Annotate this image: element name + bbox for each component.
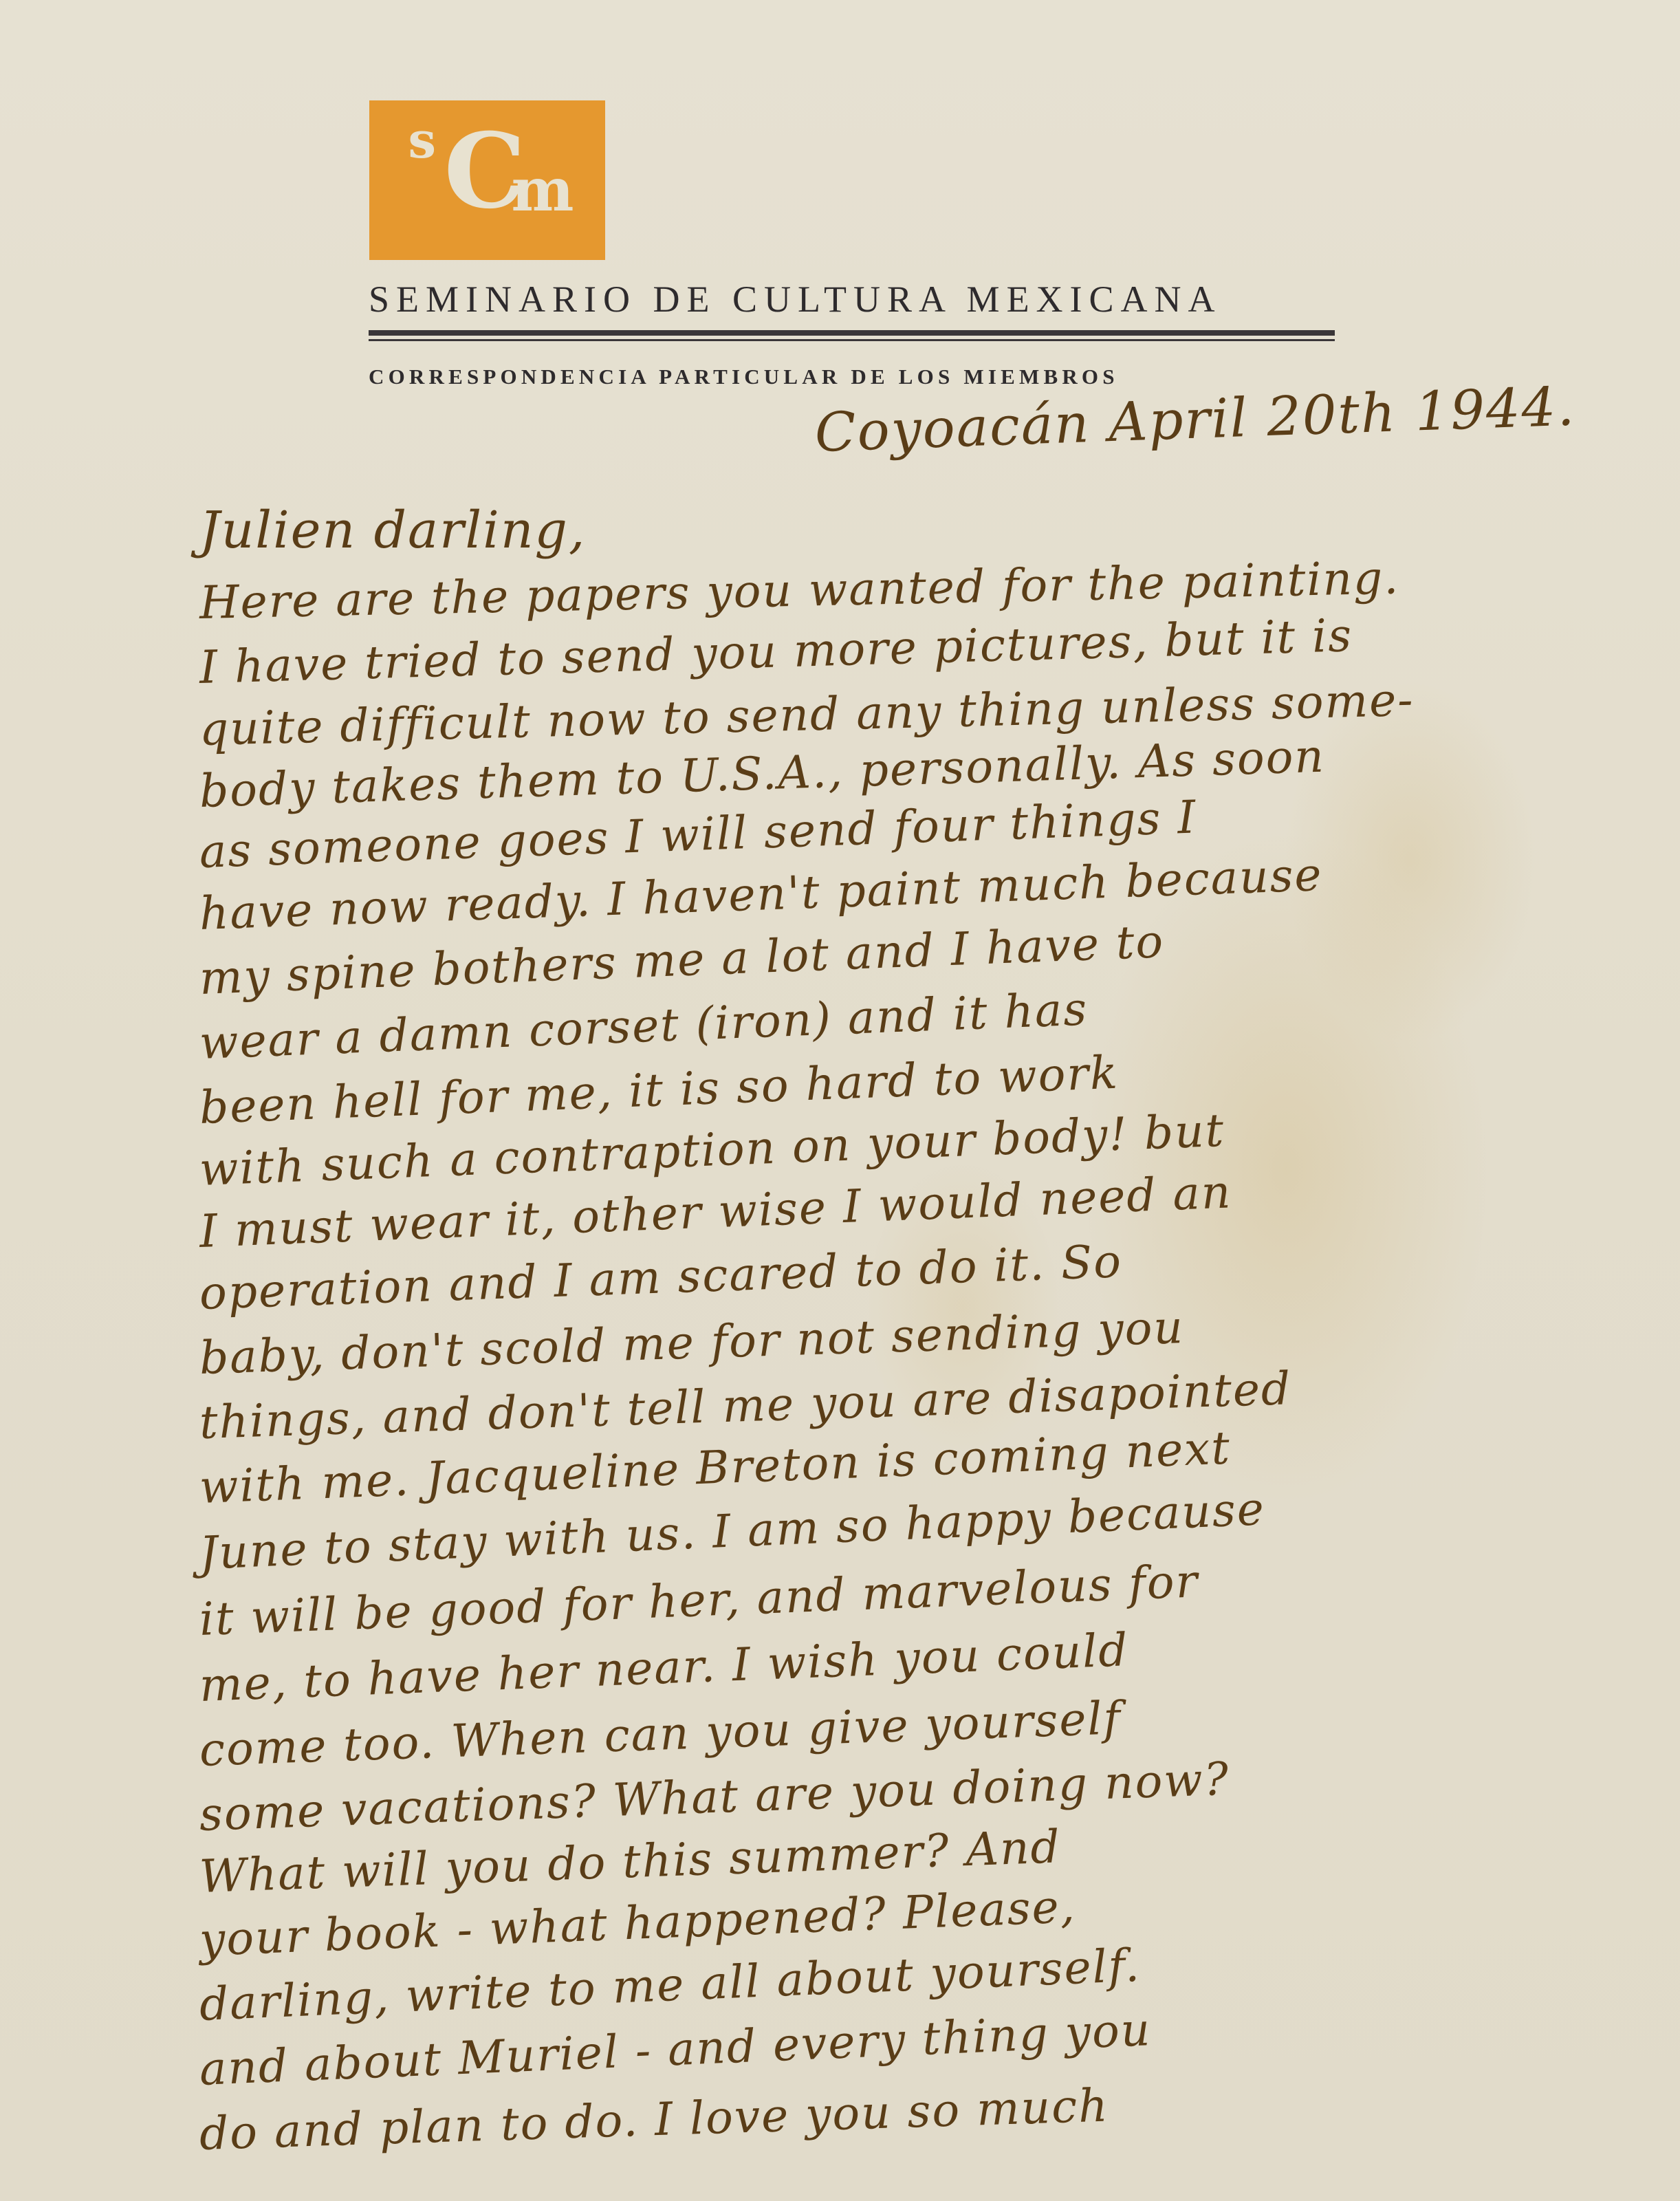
scm-logo: s C m	[369, 100, 605, 260]
logo-letter-m: m	[512, 161, 574, 220]
logo-letter-s: s	[408, 116, 437, 165]
logo-monogram: s C m	[408, 116, 567, 226]
letterhead-subtitle: CORRESPONDENCIA PARTICULAR DE LOS MIEMBR…	[369, 365, 1345, 389]
letterhead-rule-thick	[369, 330, 1335, 336]
organization-name: SEMINARIO DE CULTURA MEXICANA	[369, 278, 1335, 321]
letter-paper: s C m SEMINARIO DE CULTURA MEXICANA CORR…	[0, 0, 1680, 2201]
letterhead-rule-thin	[369, 339, 1335, 341]
letter-line: do and plan to do. I love you so much	[199, 2079, 1110, 2160]
letter-salutation: Julien darling,	[199, 501, 586, 560]
